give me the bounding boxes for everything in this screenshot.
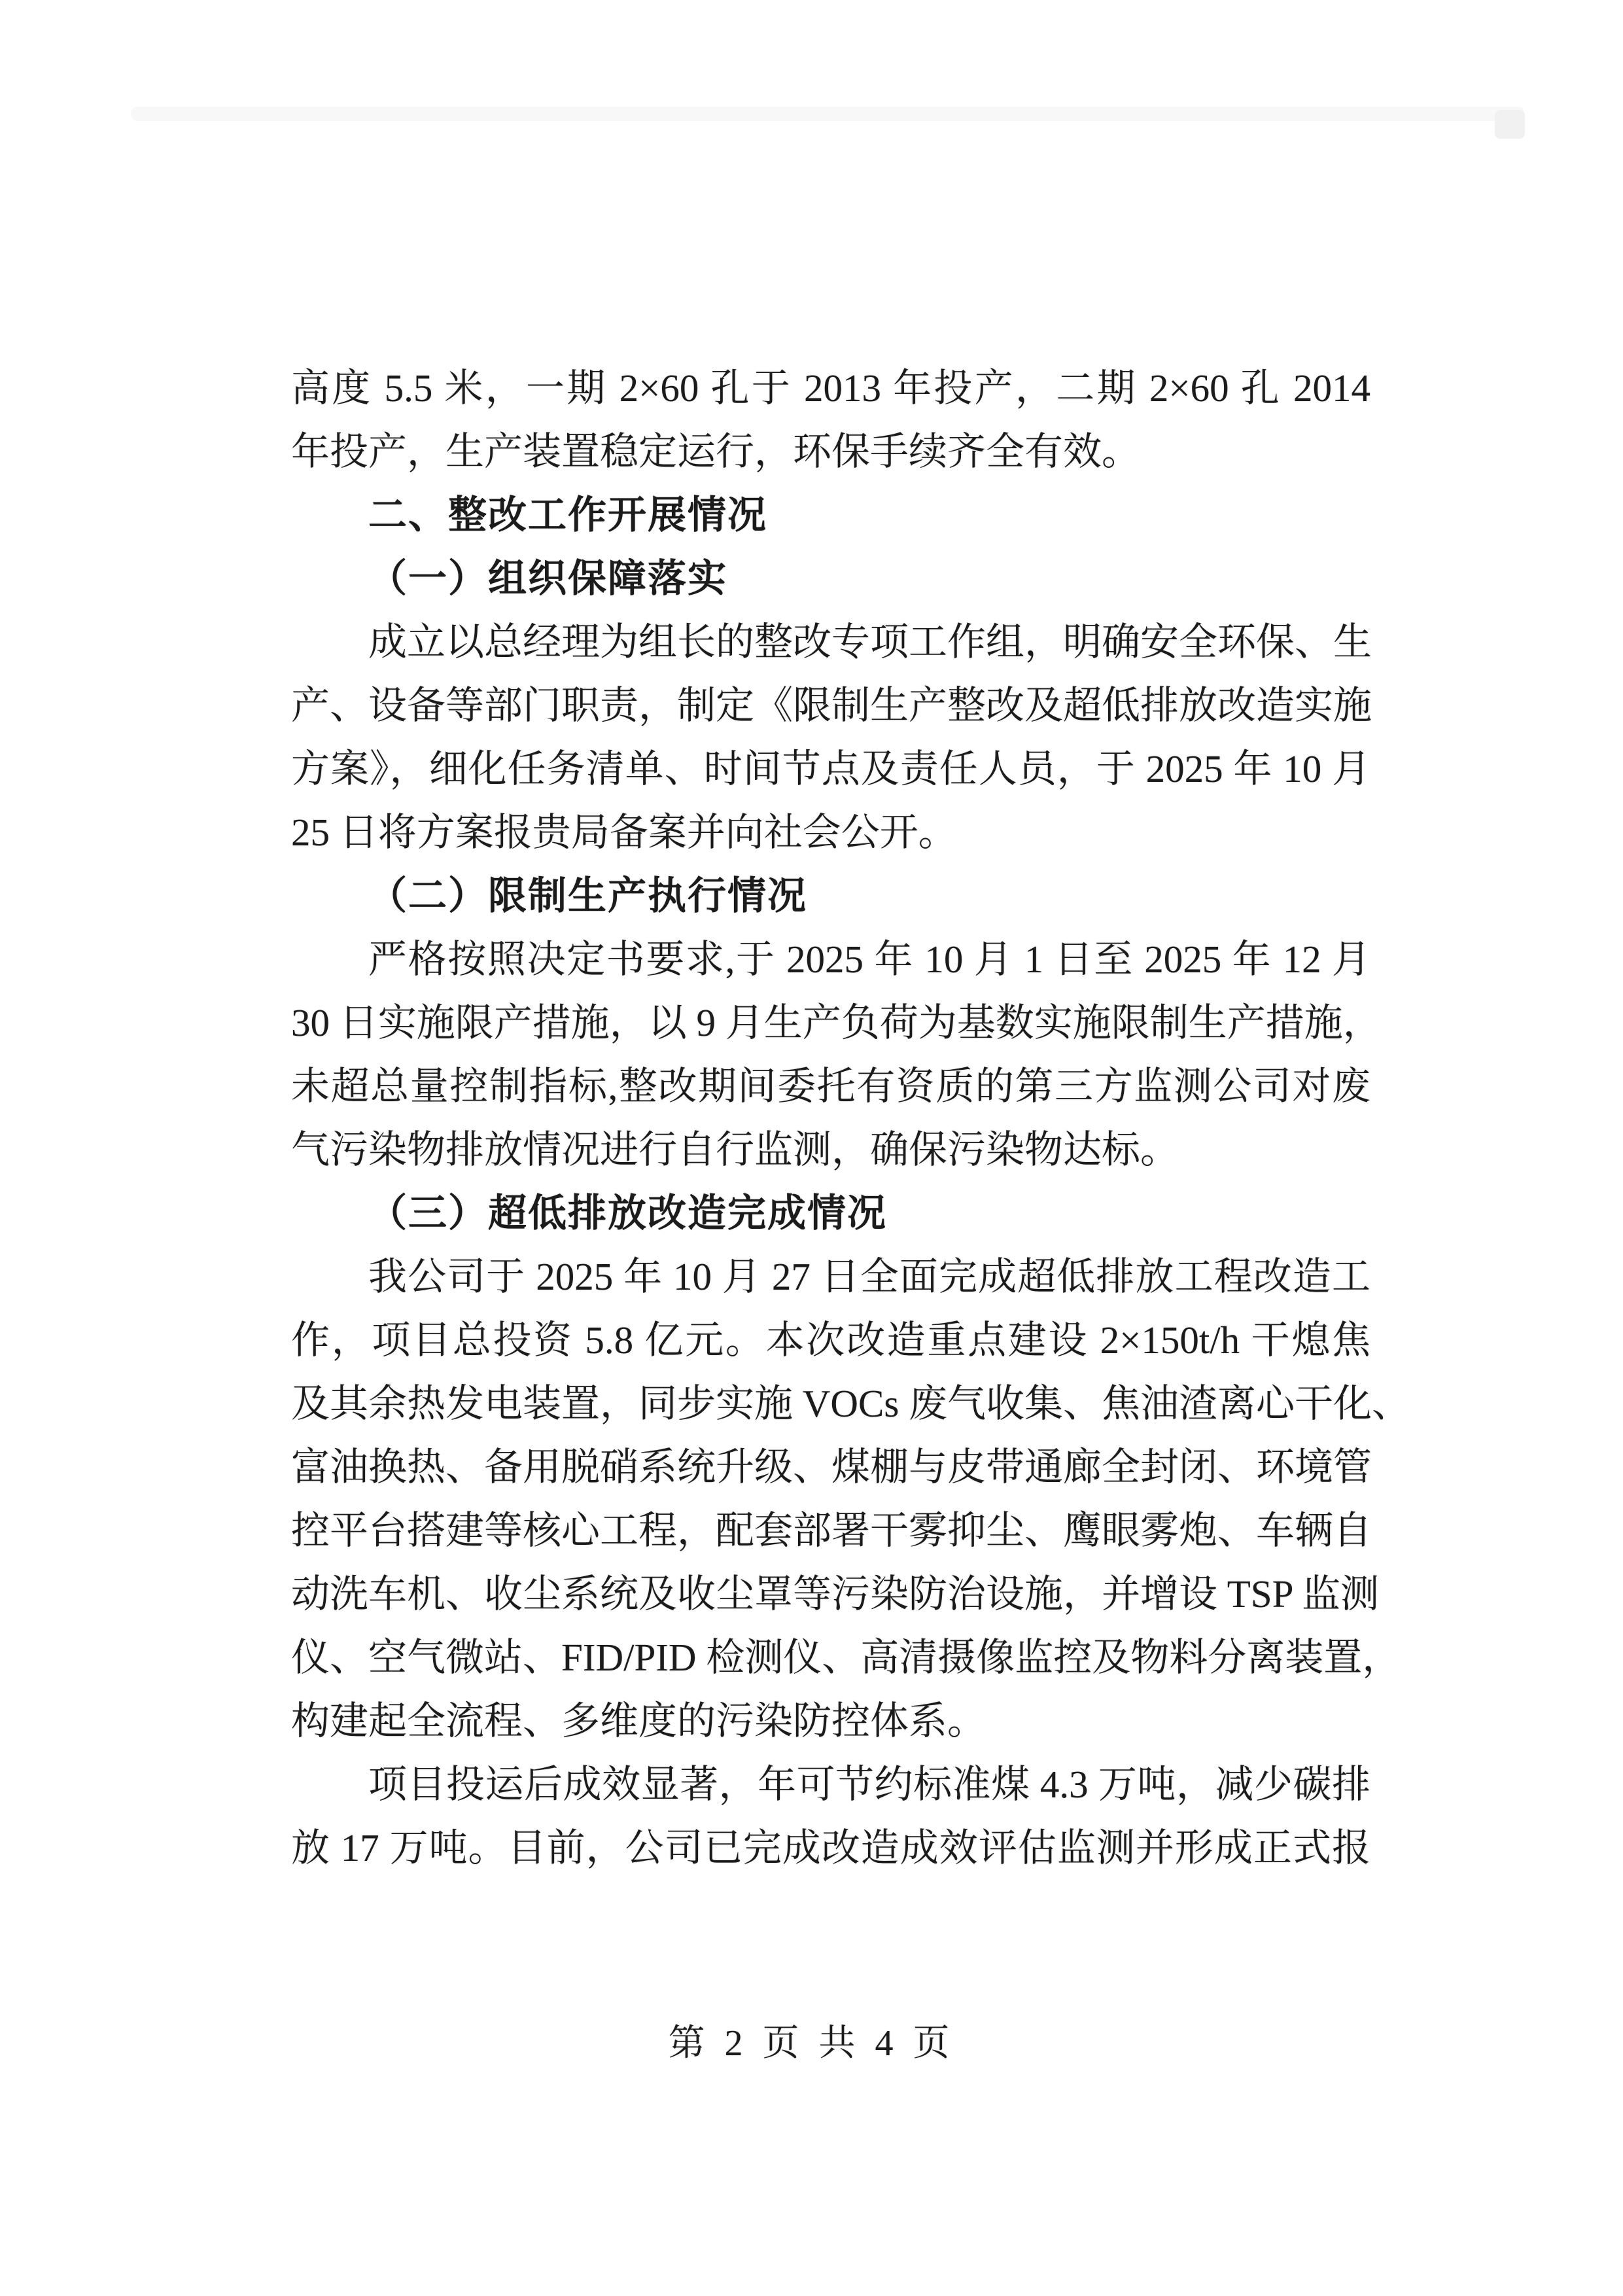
scan-artifact-blob <box>1495 110 1525 139</box>
document-page: 高度 5.5 米，一期 2×60 孔于 2013 年投产，二期 2×60 孔 2… <box>0 0 1623 2296</box>
text-line: 控平台搭建等核心工程，配套部署干雾抑尘、鹰眼雾炮、车辆自 <box>291 1499 1370 1563</box>
heading-line: （一）组织保障落实 <box>291 547 1370 610</box>
heading-line: 二、整改工作开展情况 <box>291 484 1370 547</box>
text-line: 年投产，生产装置稳定运行，环保手续齐全有效。 <box>291 420 1370 484</box>
text-line: 成立以总经理为组长的整改专项工作组，明确安全环保、生 <box>291 610 1370 674</box>
text-line: 产、设备等部门职责，制定《限制生产整改及超低排放改造实施 <box>291 674 1370 737</box>
text-line: 方案》，细化任务清单、时间节点及责任人员，于 2025 年 10 月 <box>291 737 1370 801</box>
page-number-footer: 第 2 页 共 4 页 <box>0 2014 1623 2066</box>
heading-line: （二）限制生产执行情况 <box>291 864 1370 928</box>
document-body: 高度 5.5 米，一期 2×60 孔于 2013 年投产，二期 2×60 孔 2… <box>291 357 1370 1880</box>
text-line: 高度 5.5 米，一期 2×60 孔于 2013 年投产，二期 2×60 孔 2… <box>291 357 1370 420</box>
text-line: 及其余热发电装置，同步实施 VOCs 废气收集、焦油渣离心干化、 <box>291 1372 1370 1436</box>
text-line: 未超总量控制指标,整改期间委托有资质的第三方监测公司对废 <box>291 1055 1370 1118</box>
text-line: 构建起全流程、多维度的污染防控体系。 <box>291 1689 1370 1753</box>
text-line: 30 日实施限产措施，以 9 月生产负荷为基数实施限制生产措施， <box>291 991 1370 1055</box>
text-line: 严格按照决定书要求,于 2025 年 10 月 1 日至 2025 年 12 月 <box>291 928 1370 991</box>
text-line: 动洗车机、收尘系统及收尘罩等污染防治设施，并增设 TSP 监测 <box>291 1563 1370 1626</box>
scan-artifact-band <box>131 107 1524 121</box>
text-line: 气污染物排放情况进行自行监测，确保污染物达标。 <box>291 1118 1370 1182</box>
text-line: 项目投运后成效显著，年可节约标准煤 4.3 万吨，减少碳排 <box>291 1753 1370 1816</box>
text-line: 作，项目总投资 5.8 亿元。本次改造重点建设 2×150t/h 干熄焦 <box>291 1309 1370 1372</box>
text-line: 放 17 万吨。目前，公司已完成改造成效评估监测并形成正式报 <box>291 1816 1370 1880</box>
text-line: 富油换热、备用脱硝系统升级、煤棚与皮带通廊全封闭、环境管 <box>291 1436 1370 1499</box>
text-line: 我公司于 2025 年 10 月 27 日全面完成超低排放工程改造工 <box>291 1245 1370 1309</box>
text-line: 25 日将方案报贵局备案并向社会公开。 <box>291 801 1370 864</box>
text-line: 仪、空气微站、FID/PID 检测仪、高清摄像监控及物料分离装置， <box>291 1626 1370 1689</box>
heading-line: （三）超低排放改造完成情况 <box>291 1182 1370 1245</box>
